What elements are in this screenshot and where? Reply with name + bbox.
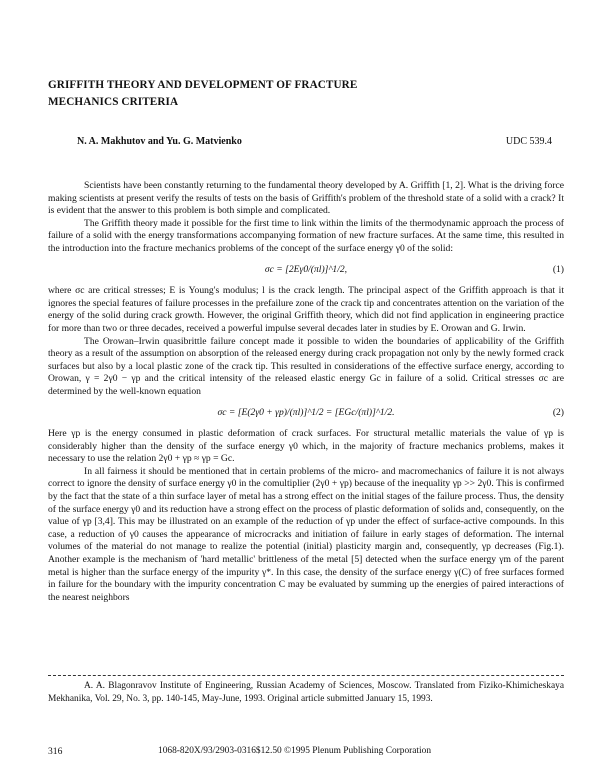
title-line-1: GRIFFITH THEORY AND DEVELOPMENT OF FRACT… (48, 77, 468, 94)
equation-number: (1) (553, 264, 564, 277)
footnote-divider (48, 675, 564, 676)
equation-2: σc = [E(2γ0 + γp)/(πl)]^1/2 = [EGc/(πl)]… (48, 407, 564, 420)
paragraph: where σc are critical stresses; E is You… (48, 285, 564, 335)
page-number: 316 (48, 746, 62, 757)
title-line-2: MECHANICS CRITERIA (48, 94, 468, 111)
paragraph: The Griffith theory made it possible for… (48, 218, 564, 256)
paragraph: Scientists have been constantly returnin… (48, 180, 564, 218)
authors: N. A. Makhutov and Yu. G. Matvienko (77, 136, 242, 147)
equation-1: σc = [2Eγ0/(πl)]^1/2, (1) (48, 264, 564, 277)
equation-number: (2) (553, 407, 564, 420)
article-title: GRIFFITH THEORY AND DEVELOPMENT OF FRACT… (48, 77, 468, 111)
udc-code: UDC 539.4 (506, 136, 552, 147)
paragraph: In all fairness it should be mentioned t… (48, 466, 564, 605)
footnote: A. A. Blagonravov Institute of Engineeri… (48, 680, 564, 705)
paragraph: The Orowan–Irwin quasibrittle failure co… (48, 336, 564, 399)
article-body: Scientists have been constantly returnin… (48, 180, 564, 604)
equation-text: σc = [2Eγ0/(πl)]^1/2, (265, 264, 347, 275)
paragraph: Here γp is the energy consumed in plasti… (48, 428, 564, 466)
equation-text: σc = [E(2γ0 + γp)/(πl)]^1/2 = [EGc/(πl)]… (217, 407, 394, 418)
copyright-line: 1068-820X/93/2903-0316$12.50 ©1995 Plenu… (158, 746, 431, 756)
